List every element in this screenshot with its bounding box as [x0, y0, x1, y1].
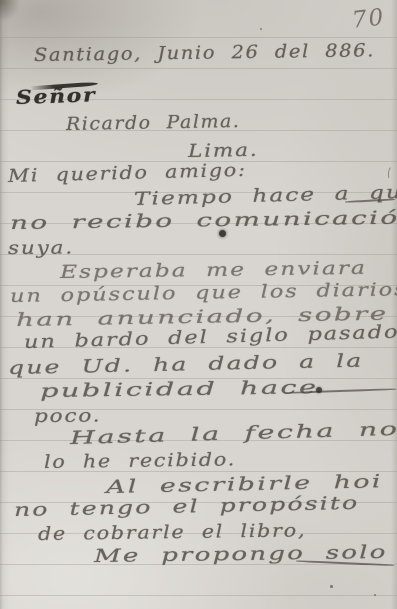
- line-salutation: Mi querido amigo:: [8, 160, 247, 188]
- line-body-10: poco.: [34, 405, 102, 428]
- line-senor: Señor: [16, 84, 97, 109]
- paper-edge-mark: [387, 166, 396, 181]
- line-body-15: de cobrarle el libro,: [38, 520, 307, 546]
- letter-page: 70 Santiago, Junio 26 del 886. Señor Ric…: [0, 0, 397, 609]
- line-ricardo-palma: Ricardo Palma.: [66, 111, 241, 136]
- ink-speck: [330, 585, 333, 588]
- line-dateline: Santiago, Junio 26 del 886.: [34, 40, 375, 67]
- line-body-14: no tengo el propósito: [14, 493, 360, 522]
- line-body-16: Me propongo solo: [94, 542, 388, 568]
- line-body-3: suya.: [8, 237, 74, 260]
- ink-speck: [316, 387, 322, 393]
- line-body-1: Tiempo hace a que: [134, 182, 397, 211]
- line-body-8: que Ud. ha dado a la: [8, 351, 364, 380]
- ink-speck: [219, 230, 226, 237]
- page-number: 70: [351, 4, 387, 33]
- corner-smudge-stain: [0, 0, 20, 22]
- line-body-9: publicidad hace: [40, 377, 319, 403]
- ink-speck: [260, 28, 262, 30]
- ink-speck: [374, 594, 376, 596]
- line-body-2: no recibo comunicación: [10, 207, 397, 235]
- line-body-11: Hasta la fecha no: [70, 419, 397, 450]
- line-body-12: lo he recibido.: [44, 449, 236, 474]
